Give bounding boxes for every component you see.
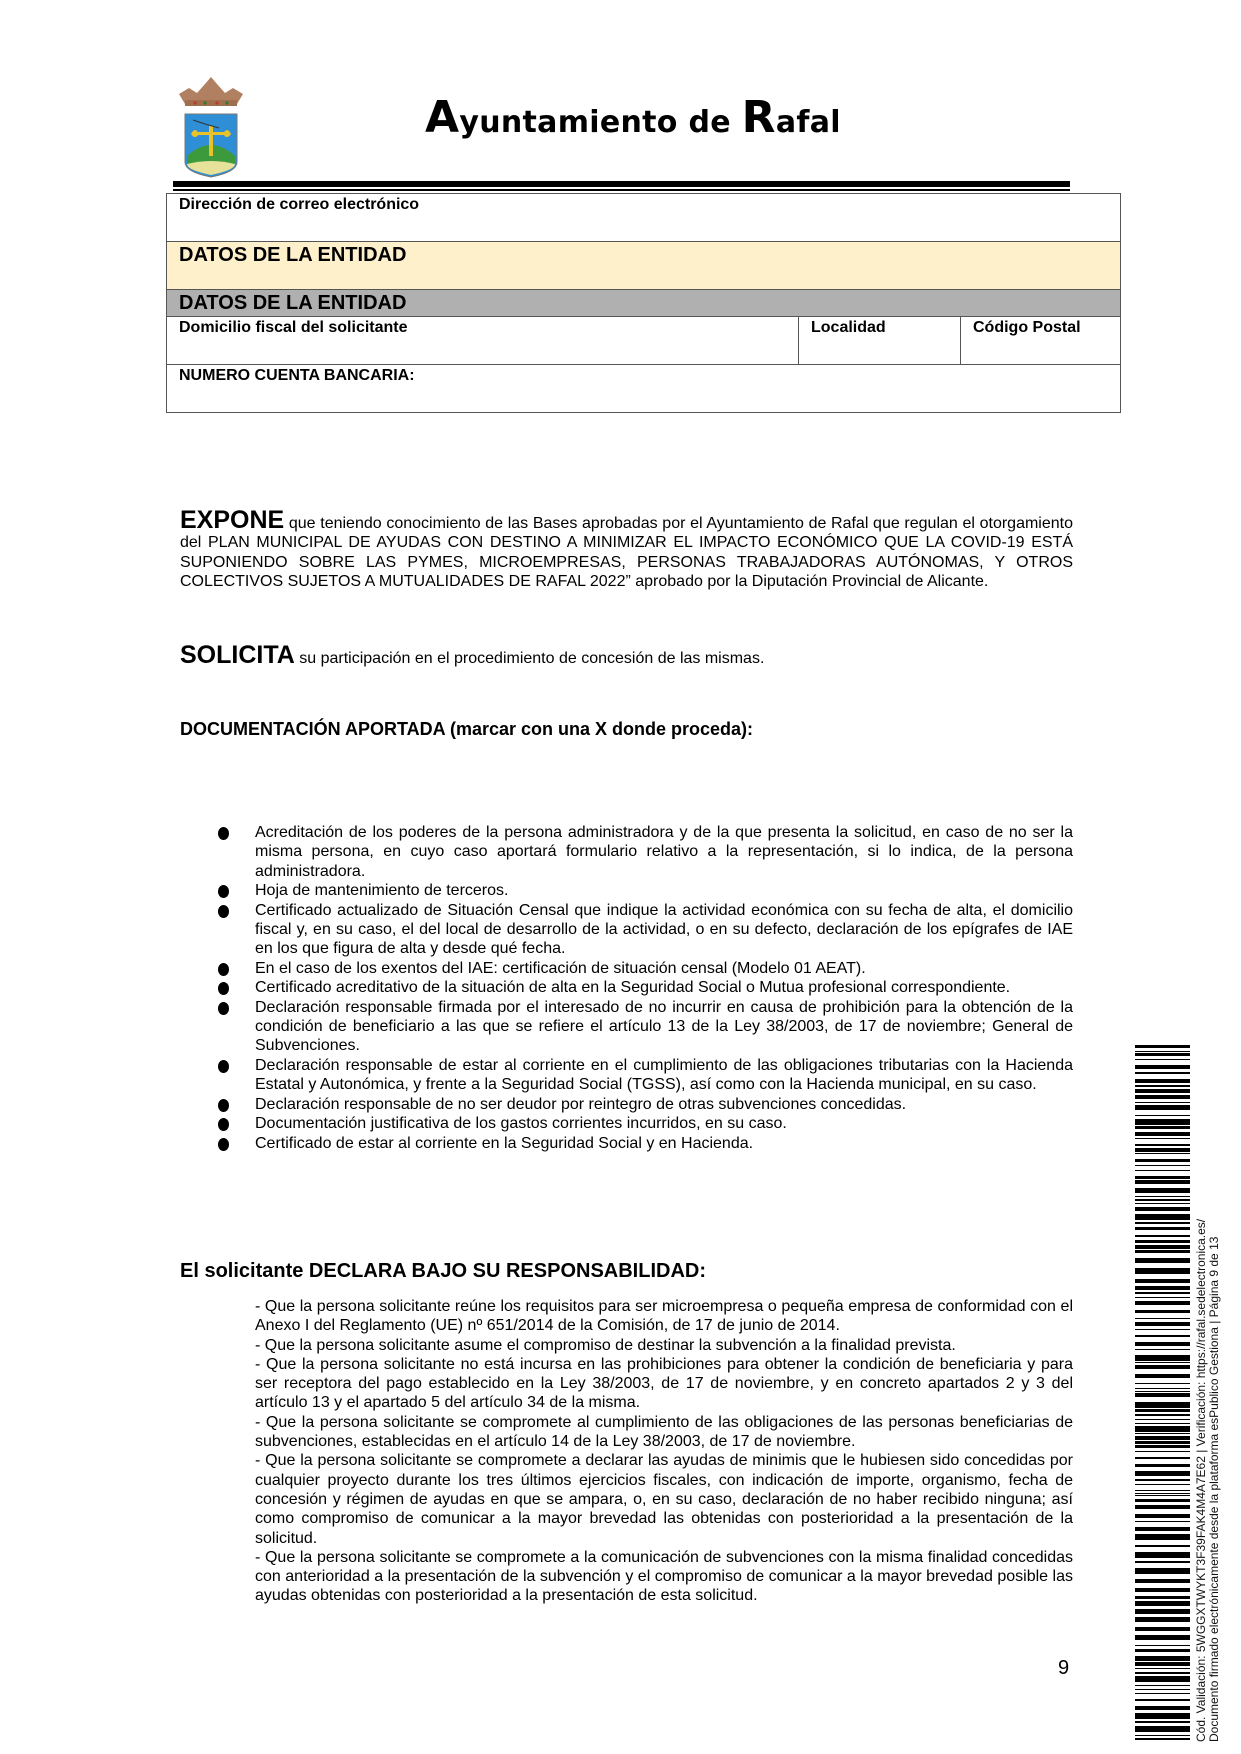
codigo-postal-label: Código Postal (973, 319, 1081, 336)
bullet-icon (218, 905, 229, 918)
declara-heading: El solicitante DECLARA BAJO SU RESPONSAB… (180, 1260, 706, 1283)
declaration-item: - Que la persona solicitante no está inc… (255, 1355, 1073, 1413)
domicilio-label: Domicilio fiscal del solicitante (179, 319, 408, 336)
expone-lead: EXPONE (180, 506, 284, 534)
title-part1: yuntamiento de (459, 105, 741, 140)
list-item[interactable]: Certificado acreditativo de la situación… (218, 978, 1073, 997)
list-item[interactable]: En el caso de los exentos del IAE: certi… (218, 959, 1073, 978)
list-item[interactable]: Acreditación de los poderes de la person… (218, 823, 1073, 881)
signature-note: Documento firmado electrónicamente desde… (1208, 1219, 1221, 1742)
expone-text: que teniendo conocimiento de las Bases a… (180, 515, 1073, 590)
bullet-icon (218, 963, 229, 976)
list-item[interactable]: Certificado de estar al corriente en la … (218, 1134, 1073, 1153)
page-number: 9 (1058, 1657, 1069, 1680)
declaration-item: - Que la persona solicitante se comprome… (255, 1451, 1073, 1547)
domicilio-field[interactable]: Domicilio fiscal del solicitante (167, 317, 799, 365)
declaration-item: - Que la persona solicitante asume el co… (255, 1336, 1073, 1355)
title-initial-a: A (425, 92, 459, 143)
bullet-icon (218, 885, 229, 898)
bullet-icon (218, 827, 229, 840)
codigo-postal-field[interactable]: Código Postal (961, 317, 1121, 365)
expone-paragraph: EXPONE que teniendo conocimiento de las … (180, 511, 1073, 591)
localidad-field[interactable]: Localidad (799, 317, 961, 365)
barcode-icon (1135, 1045, 1192, 1742)
list-item[interactable]: Certificado actualizado de Situación Cen… (218, 901, 1073, 959)
documentacion-heading: DOCUMENTACIÓN APORTADA (marcar con una X… (180, 719, 753, 740)
bullet-icon (218, 1118, 229, 1131)
solicita-paragraph: SOLICITA su participación en el procedim… (180, 646, 1073, 668)
bullet-icon (218, 1138, 229, 1151)
validation-stamp: Cód. Validación: 5WGGXTWYKT3F39FAK4M4A7E… (1195, 1219, 1221, 1742)
solicita-lead: SOLICITA (180, 641, 295, 669)
bullet-icon (218, 982, 229, 995)
bullet-icon (218, 1060, 229, 1073)
list-item[interactable]: Declaración responsable firmada por el i… (218, 998, 1073, 1056)
declaration-item: - Que la persona solicitante reúne los r… (255, 1297, 1073, 1336)
header-divider-thin (173, 189, 1070, 191)
section-title: DATOS DE LA ENTIDAD (179, 292, 406, 314)
cuenta-bancaria-label: NUMERO CUENTA BANCARIA: (179, 367, 415, 384)
email-field[interactable]: Dirección de correo electrónico (167, 194, 1121, 242)
list-item[interactable]: Hoja de mantenimiento de terceros. (218, 881, 1073, 900)
list-item[interactable]: Declaración responsable de no ser deudor… (218, 1095, 1073, 1114)
list-item[interactable]: Declaración responsable de estar al corr… (218, 1056, 1073, 1095)
section-header-entidad-gray: DATOS DE LA ENTIDAD (167, 290, 1121, 317)
cuenta-bancaria-field[interactable]: NUMERO CUENTA BANCARIA: (167, 365, 1121, 413)
page-title: Ayuntamiento de Rafal (425, 92, 841, 143)
email-label: Dirección de correo electrónico (179, 196, 419, 213)
declaration-list: - Que la persona solicitante reúne los r… (255, 1297, 1073, 1606)
applicant-form-table: Dirección de correo electrónico DATOS DE… (166, 193, 1121, 413)
documentation-list: Acreditación de los poderes de la person… (218, 823, 1073, 1153)
localidad-label: Localidad (811, 319, 886, 336)
title-initial-r: R (742, 92, 776, 143)
bullet-icon (218, 1002, 229, 1015)
list-item[interactable]: Documentación justificativa de los gasto… (218, 1114, 1073, 1133)
declaration-item: - Que la persona solicitante se comprome… (255, 1548, 1073, 1606)
bullet-icon (218, 1099, 229, 1112)
section-title: DATOS DE LA ENTIDAD (179, 244, 406, 266)
title-part2: afal (776, 105, 841, 140)
declaration-item: - Que la persona solicitante se comprome… (255, 1413, 1073, 1452)
section-header-entidad: DATOS DE LA ENTIDAD (167, 242, 1121, 290)
coat-of-arms-icon (175, 74, 247, 178)
solicita-text: su participación en el procedimiento de … (295, 650, 765, 667)
header-divider-thick (173, 181, 1070, 187)
